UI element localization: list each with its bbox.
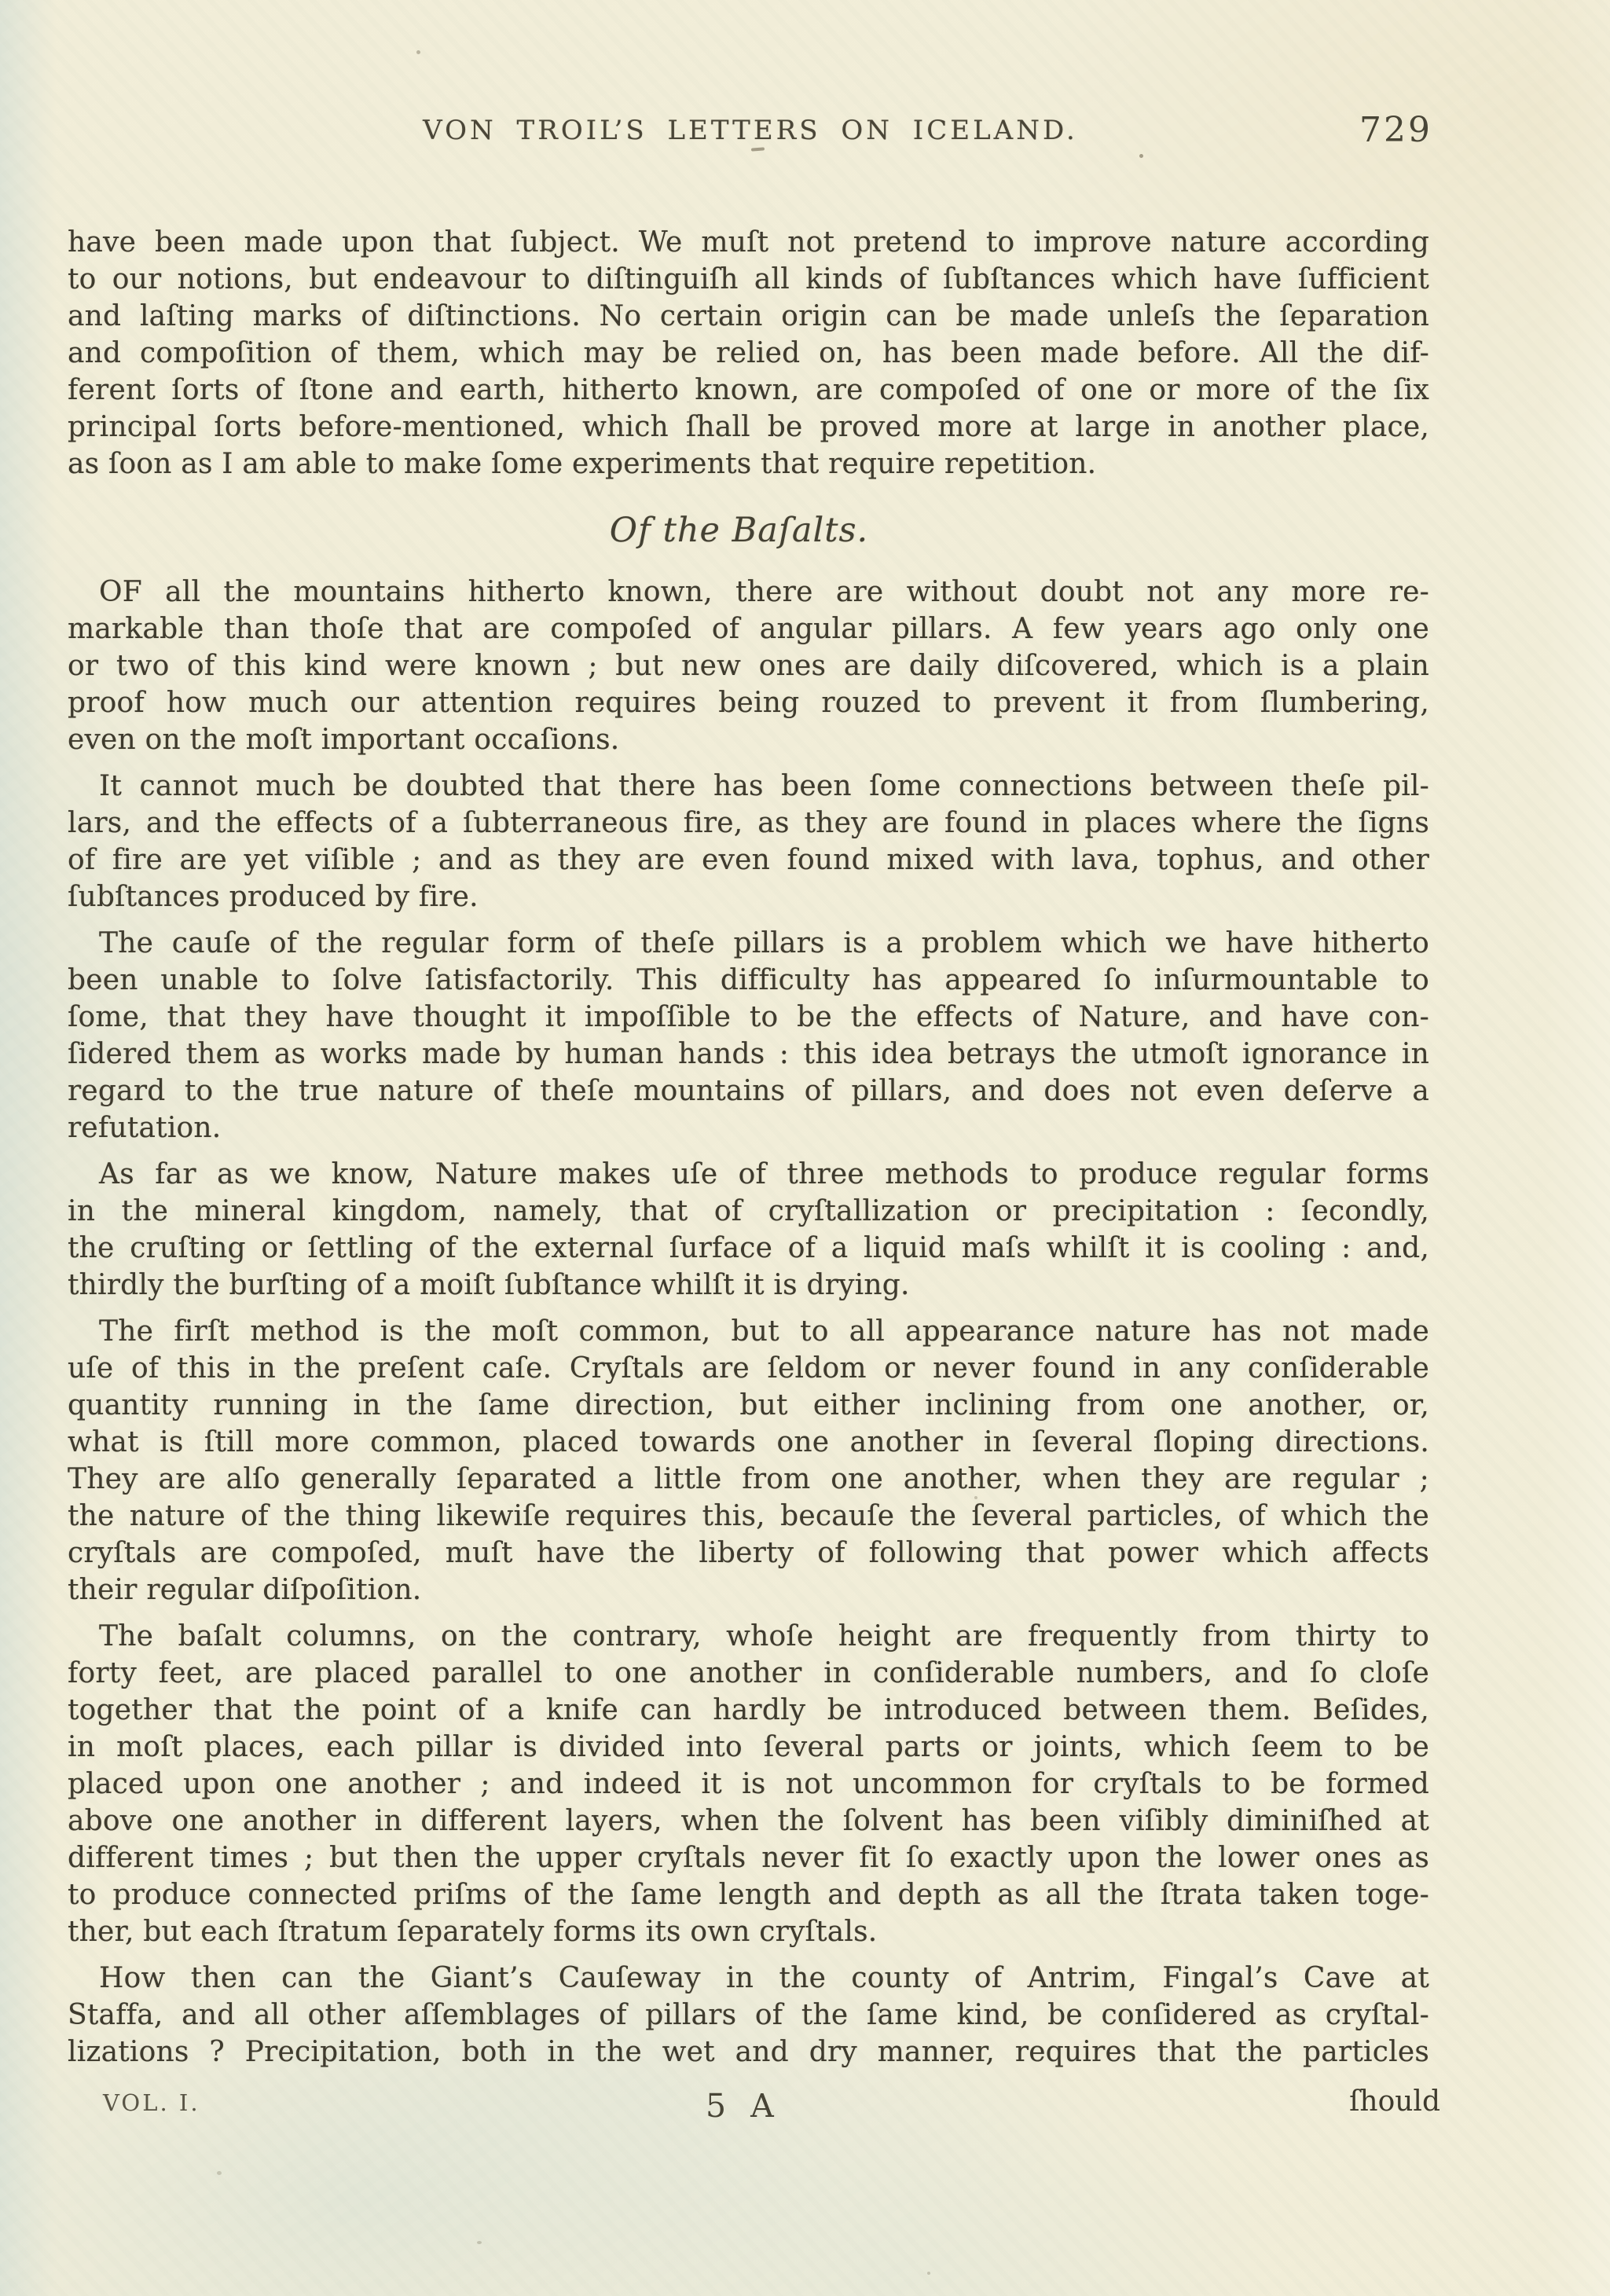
text-line: their regular diſpoſition. [68,1572,1429,1608]
volume-label: VOL. I. [103,2089,200,2116]
text-line: regard to the true nature of theſe mount… [68,1073,1429,1109]
paragraph: have been made upon that ſubject. We muſ… [68,224,1429,482]
text-block: have been made upon that ſubject. We muſ… [68,224,1429,2080]
text-line: ferent ſorts of ſtone and earth, hithert… [68,372,1429,409]
paragraph: As far as we know, Nature makes uſe of t… [68,1156,1429,1304]
text-line: ſubſtances produced by fire. [68,878,1429,915]
text-line: even on the moſt important occaſions. [68,721,1429,758]
text-line: refutation. [68,1109,1429,1146]
text-line: and compoſition of them, which may be re… [68,335,1429,372]
text-line: quantity running in the ſame direction, … [68,1387,1429,1424]
paragraph: It cannot much be doubted that there has… [68,768,1429,915]
text-line: proof how much our attention requires be… [68,684,1429,721]
text-line: They are alſo generally ſeparated a litt… [68,1461,1429,1498]
text-line: As far as we know, Nature makes uſe of t… [68,1156,1429,1193]
text-line: to our notions, but endeavour to diſting… [68,261,1429,298]
text-line: ſidered them as works made by human hand… [68,1036,1429,1073]
text-line: cryſtals are compoſed, muſt have the lib… [68,1535,1429,1572]
text-line: the nature of the thing likewiſe require… [68,1498,1429,1535]
paragraph: OF all the mountains hitherto known, the… [68,574,1429,758]
text-line: lizations ? Precipitation, both in the w… [68,2034,1429,2070]
text-line: markable than thoſe that are compoſed of… [68,611,1429,647]
text-line: been unable to ſolve ſatisfactorily. Thi… [68,962,1429,999]
text-line: lars, and the effects of a ſubterraneous… [68,805,1429,842]
text-line: as ſoon as I am able to make ſome experi… [68,446,1429,482]
catchword: ſhould [1349,2085,1440,2118]
text-line: different times ; but then the upper cry… [68,1839,1429,1876]
paragraph: How then can the Giant’s Cauſeway in the… [68,1960,1429,2070]
text-line: the cruſting or ſettling of the external… [68,1230,1429,1267]
text-line: It cannot much be doubted that there has… [68,768,1429,805]
text-line: together that the point of a knife can h… [68,1692,1429,1729]
page-footer: VOL. I. 5 A ſhould [67,2081,1440,2118]
text-line: of fire are yet viſible ; and as they ar… [68,842,1429,878]
text-line: The baſalt columns, on the contrary, who… [68,1618,1429,1655]
book-page: VON TROIL’S LETTERS ON ICELAND. 729 have… [0,0,1610,2296]
paper-speck [927,2272,930,2275]
text-line: have been made upon that ſubject. We muſ… [68,224,1429,261]
paragraph: The baſalt columns, on the contrary, who… [68,1618,1429,1950]
text-line: placed upon one another ; and indeed it … [68,1766,1429,1803]
text-line: in moſt places, each pillar is divided i… [68,1729,1429,1766]
paragraph: The firſt method is the moſt common, but… [68,1313,1429,1608]
text-line: to produce connected priſms of the ſame … [68,1876,1429,1913]
text-line: thirdly the burſting of a moiſt ſubſtanc… [68,1267,1429,1304]
section-heading: Of the Baſalts. [58,506,1420,555]
text-line: uſe of this in the preſent caſe. Cryſtal… [68,1350,1429,1387]
text-line: or two of this kind were known ; but new… [68,647,1429,684]
signature-mark: 5 A [706,2087,781,2125]
text-line: Staffa, and all other aſſemblages of pil… [68,1997,1429,2034]
paragraph: The cauſe of the regular form of theſe p… [68,925,1429,1146]
text-line: and laſting marks of diſtinctions. No ce… [68,298,1429,335]
text-line: forty feet, are placed parallel to one a… [68,1655,1429,1692]
text-line: How then can the Giant’s Cauſeway in the… [68,1960,1429,1997]
text-line: OF all the mountains hitherto known, the… [68,574,1429,611]
page-number: 729 [1359,110,1432,150]
paper-speck [217,2171,222,2175]
text-line: above one another in different layers, w… [68,1803,1429,1839]
running-title: VON TROIL’S LETTERS ON ICELAND. [67,115,1434,146]
running-head: VON TROIL’S LETTERS ON ICELAND. 729 [67,115,1434,162]
text-line: ther, but each ſtratum ſeparately forms … [68,1913,1429,1950]
text-line: in the mineral kingdom, namely, that of … [68,1193,1429,1230]
text-line: The cauſe of the regular form of theſe p… [68,925,1429,962]
paper-speck [416,50,420,54]
text-line: principal ſorts before-mentioned, which … [68,409,1429,446]
text-line: ſome, that they have thought it impoſſib… [68,999,1429,1036]
paper-speck [477,2241,482,2244]
text-line: The firſt method is the moſt common, but… [68,1313,1429,1350]
text-line: what is ſtill more common, placed toward… [68,1424,1429,1461]
